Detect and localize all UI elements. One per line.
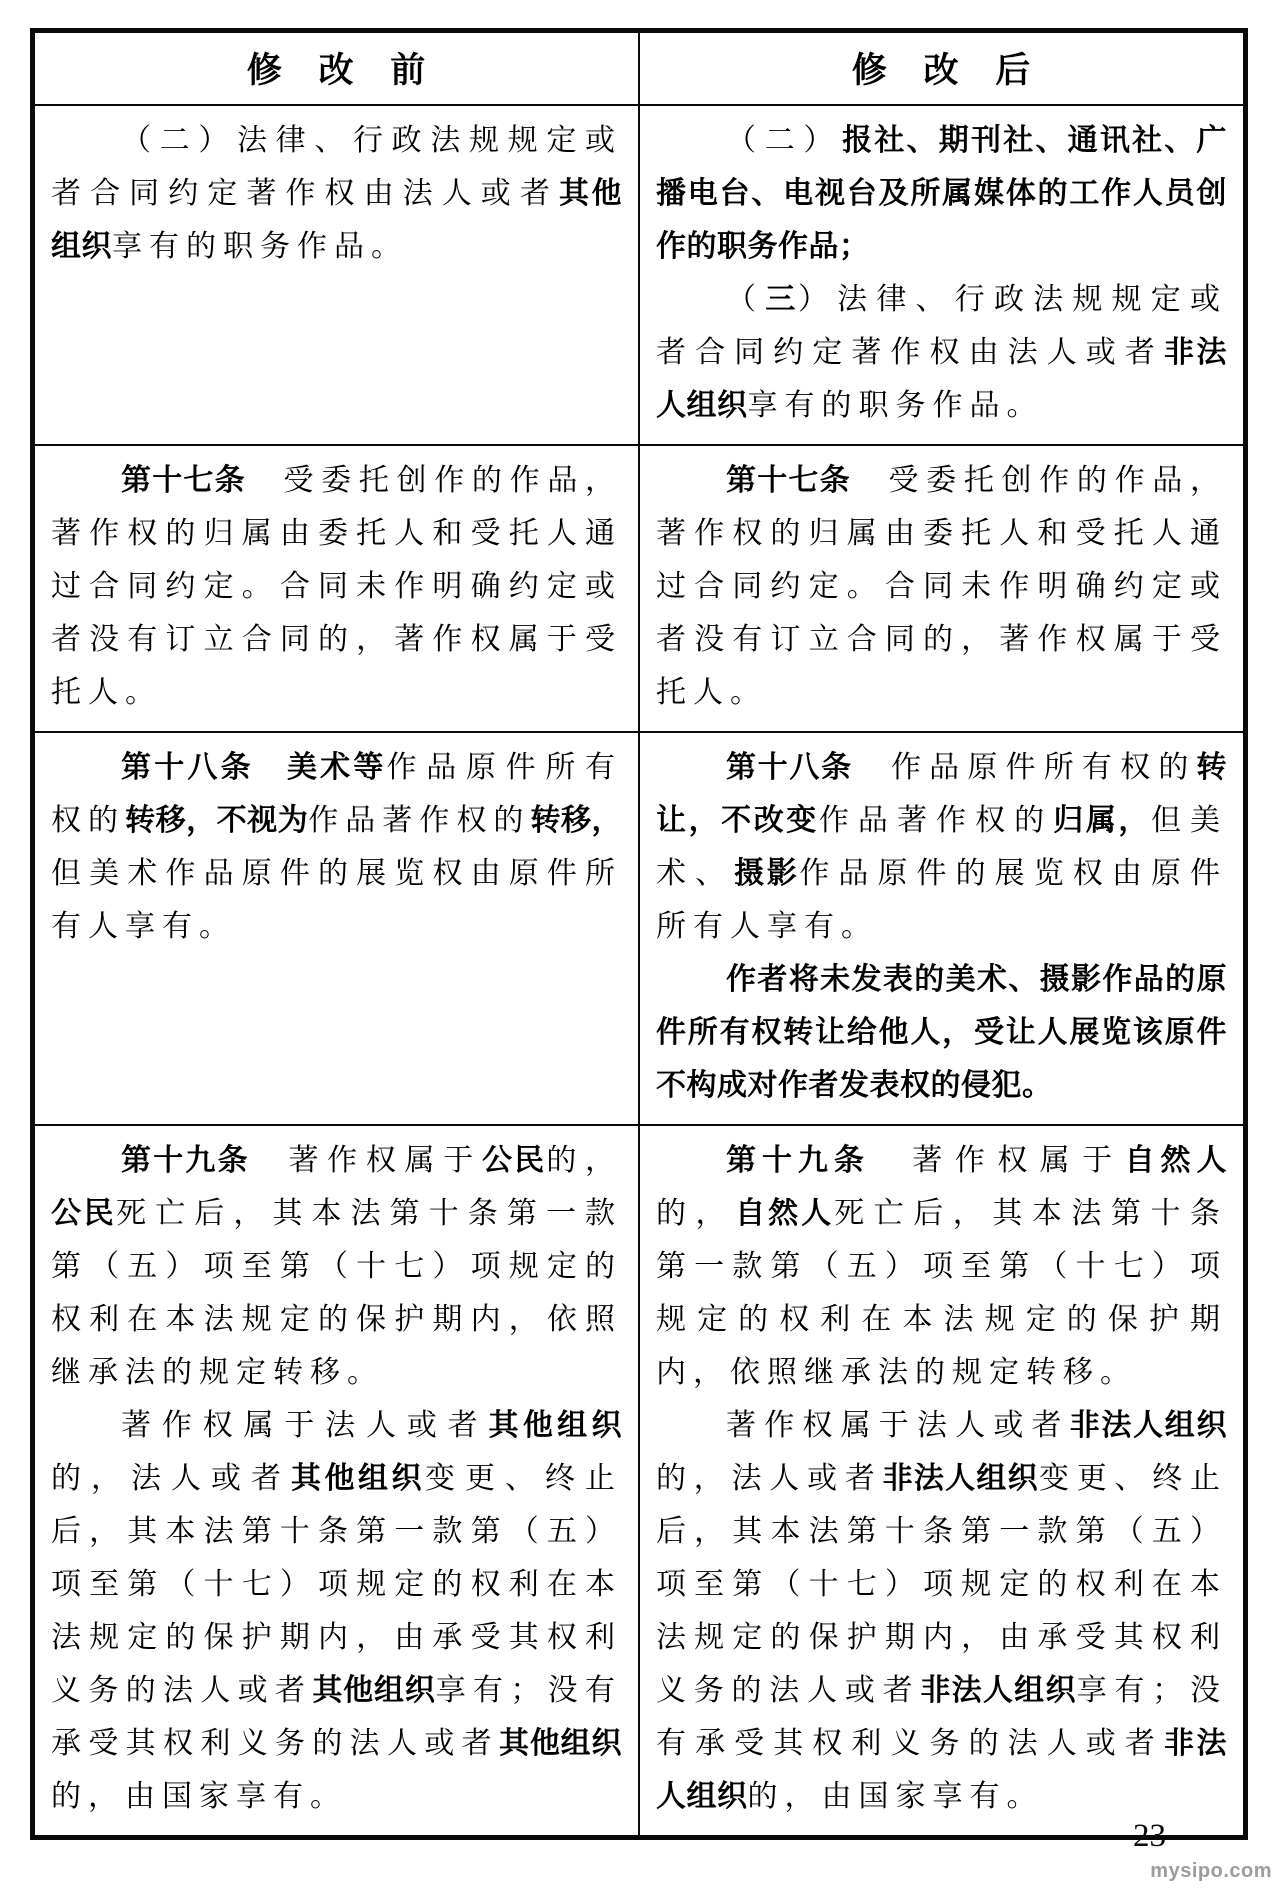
text-run: 死亡后，其本法第十条第一款第（五）项至第（十七）项规定的权利在本法规定的保护期内… [51, 1197, 622, 1389]
paragraph: 第十八条 作品原件所有权的转让，不改变作品著作权的归属，但美术、摄影作品原件的展… [656, 741, 1227, 953]
table-body: （二）法律、行政法规规定或者合同约定著作权由法人或者其他组织享有的职务作品。（二… [33, 105, 1246, 1838]
paragraph: 著作权属于法人或者非法人组织的，法人或者非法人组织变更、终止后，其本法第十条第一… [656, 1399, 1227, 1823]
revised-text-run: 非法人组织 [920, 1674, 1076, 1707]
text-run: （二） [726, 124, 842, 157]
page-number-block: 23 [1057, 1818, 1242, 1855]
table-row: 第十八条 美术等作品原件所有权的转移，不视为作品著作权的转移，但美术作品原件的展… [33, 732, 1246, 1125]
text-run: 但美术作品原件的展览权由原件所有人享有。 [51, 857, 622, 943]
revised-text-run: 公民 [51, 1197, 116, 1230]
paragraph: 第十九条 著作权属于自然人的，自然人死亡后，其本法第十条第一款第（五）项至第（十… [656, 1134, 1227, 1399]
cell-before-revision: 第十九条 著作权属于公民的，公民死亡后，其本法第十条第一款第（五）项至第（十七）… [33, 1125, 640, 1838]
revised-text-run: 其他组织 [291, 1462, 425, 1495]
revised-text-run: 非法人组织 [883, 1462, 1039, 1495]
text-run: 的，由国家享有。 [748, 1780, 1044, 1813]
paragraph: 第十七条 受委托创作的作品，著作权的归属由委托人和受托人通过合同约定。合同未作明… [656, 454, 1227, 719]
text-run: 变更、终止后，其本法第十条第一款第（五）项至第（十七）项规定的权利在本法规定的保… [656, 1462, 1227, 1707]
revised-text-run: 第十九条 [121, 1144, 250, 1177]
header-cell-before: 修改前 [33, 31, 640, 105]
revised-text-run: 三 [765, 283, 798, 316]
cell-after-revision: 第十九条 著作权属于自然人的，自然人死亡后，其本法第十条第一款第（五）项至第（十… [639, 1125, 1246, 1838]
revised-text-run: 归属， [1053, 804, 1151, 837]
text-run: 的，法人或者 [656, 1462, 883, 1495]
revised-text-run: 作者将未发表的美术、摄影作品的原件所有权转让给他人，受让人展览该原件不构成对作者… [656, 963, 1227, 1102]
watermark: mysipo.com [1150, 1860, 1272, 1883]
header-row: 修改前 修改后 [33, 31, 1246, 105]
revised-text-run: 自然人 [735, 1197, 834, 1230]
text-run: 受委托创作的作品，著作权的归属由委托人和受托人通过合同约定。合同未作明确约定或者… [656, 464, 1227, 709]
text-run: 著作权属于 [250, 1144, 482, 1177]
text-run: 的，由国家享有。 [51, 1780, 347, 1813]
revised-text-run: 公民 [482, 1144, 546, 1177]
text-run: 受委托创作的作品，著作权的归属由委托人和受托人通过合同约定。合同未作明确约定或者… [51, 464, 622, 709]
revised-text-run: 摄影 [734, 857, 799, 890]
revised-text-run: 其他组织 [489, 1409, 623, 1442]
page-number-dash-left [1057, 1835, 1107, 1838]
revised-text-run: 第十七条 [726, 464, 851, 497]
revised-text-run: 第十九条 [726, 1144, 870, 1177]
text-run: 作品著作权的 [308, 804, 530, 837]
cell-after-revision: 第十七条 受委托创作的作品，著作权的归属由委托人和受托人通过合同约定。合同未作明… [639, 445, 1246, 732]
text-run: 享有的职务作品。 [112, 230, 408, 263]
cell-after-revision: （二）报社、期刊社、通讯社、广播电台、电视台及所属媒体的工作人员创作的职务作品；… [639, 105, 1246, 445]
cell-before-revision: （二）法律、行政法规规定或者合同约定著作权由法人或者其他组织享有的职务作品。 [33, 105, 640, 445]
revised-text-run: 自然人 [1125, 1144, 1227, 1177]
cell-after-revision: 第十八条 作品原件所有权的转让，不改变作品著作权的归属，但美术、摄影作品原件的展… [639, 732, 1246, 1125]
text-run: （二）法律、行政法规规定或者合同约定著作权由法人或者 [51, 124, 622, 210]
table-row: 第十七条 受委托创作的作品，著作权的归属由委托人和受托人通过合同约定。合同未作明… [33, 445, 1246, 732]
paragraph: 第十八条 美术等作品原件所有权的转移，不视为作品著作权的转移，但美术作品原件的展… [51, 741, 622, 953]
revision-comparison-table: 修改前 修改后 （二）法律、行政法规规定或者合同约定著作权由法人或者其他组织享有… [30, 28, 1248, 1840]
revised-text-run: 第十八条 美术等 [121, 751, 387, 784]
table-row: 第十九条 著作权属于公民的，公民死亡后，其本法第十条第一款第（五）项至第（十七）… [33, 1125, 1246, 1838]
table-row: （二）法律、行政法规规定或者合同约定著作权由法人或者其他组织享有的职务作品。（二… [33, 105, 1246, 445]
document-page: 修改前 修改后 （二）法律、行政法规规定或者合同约定著作权由法人或者其他组织享有… [0, 0, 1278, 1889]
cell-before-revision: 第十七条 受委托创作的作品，著作权的归属由委托人和受托人通过合同约定。合同未作明… [33, 445, 640, 732]
text-run: （ [726, 283, 765, 316]
page-number: 23 [1133, 1818, 1166, 1855]
revised-text-run: 非法人组织 [1070, 1409, 1227, 1442]
text-run: 享有的职务作品。 [748, 389, 1044, 422]
cell-before-revision: 第十八条 美术等作品原件所有权的转移，不视为作品著作权的转移，但美术作品原件的展… [33, 732, 640, 1125]
paragraph: （二）法律、行政法规规定或者合同约定著作权由法人或者其他组织享有的职务作品。 [51, 114, 622, 273]
paragraph: 著作权属于法人或者其他组织的，法人或者其他组织变更、终止后，其本法第十条第一款第… [51, 1399, 622, 1823]
revised-text-run: 其他组织 [312, 1674, 435, 1707]
text-run: 作品著作权的 [819, 804, 1053, 837]
paragraph: （二）报社、期刊社、通讯社、广播电台、电视台及所属媒体的工作人员创作的职务作品； [656, 114, 1227, 273]
paragraph: 第十七条 受委托创作的作品，著作权的归属由委托人和受托人通过合同约定。合同未作明… [51, 454, 622, 719]
text-run: 的， [546, 1144, 622, 1177]
paragraph: （三）法律、行政法规规定或者合同约定著作权由法人或者非法人组织享有的职务作品。 [656, 273, 1227, 432]
revised-text-run: 转移， [530, 804, 622, 837]
text-run: 著作权属于法人或者 [121, 1409, 489, 1442]
text-run: 的，法人或者 [51, 1462, 291, 1495]
text-run: 变更、终止后，其本法第十条第一款第（五）项至第（十七）项规定的权利在本法规定的保… [51, 1462, 622, 1707]
text-run: 的， [656, 1197, 735, 1230]
header-cell-after: 修改后 [639, 31, 1246, 105]
revised-text-run: 转移，不视为 [125, 804, 308, 837]
page-number-dash-right [1192, 1835, 1242, 1838]
text-run: 作品原件所有权的 [853, 751, 1197, 784]
revised-text-run: 第十七条 [121, 464, 246, 497]
revised-text-run: 其他组织 [499, 1727, 622, 1760]
paragraph: 作者将未发表的美术、摄影作品的原件所有权转让给他人，受让人展览该原件不构成对作者… [656, 953, 1227, 1112]
revised-text-run: 第十八条 [726, 751, 853, 784]
table-header: 修改前 修改后 [33, 31, 1246, 105]
text-run: 著作权属于法人或者 [726, 1409, 1070, 1442]
text-run: 著作权属于 [870, 1144, 1125, 1177]
paragraph: 第十九条 著作权属于公民的，公民死亡后，其本法第十条第一款第（五）项至第（十七）… [51, 1134, 622, 1399]
